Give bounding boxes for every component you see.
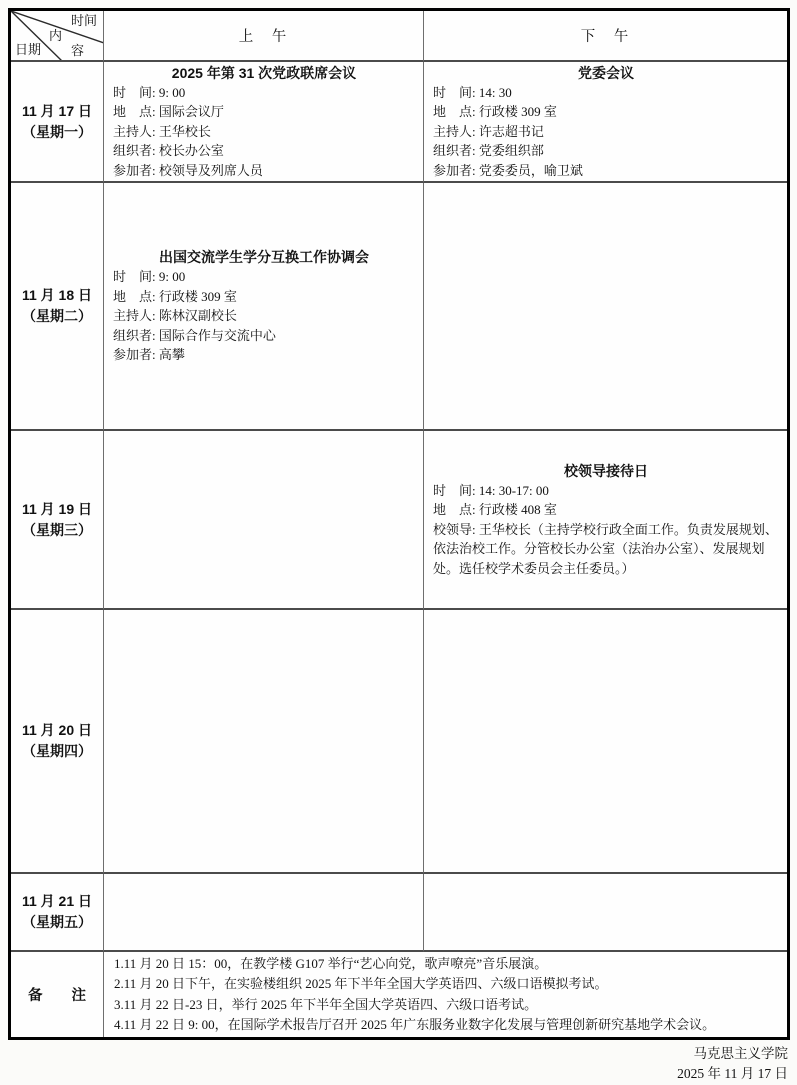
event-cell-fri-afternoon	[424, 874, 787, 952]
detail-line: 地 点: 行政楼 408 室	[433, 500, 779, 520]
date-cell-fri: 11 月 21 日 （星期五）	[11, 874, 104, 952]
corner-label-content-bottom: 容	[71, 44, 84, 58]
weekday-text: （星期一）	[22, 122, 92, 143]
date-text: 11 月 17 日	[22, 101, 92, 122]
detail-line: 时 间: 9: 00	[113, 267, 415, 287]
event-cell-tue-afternoon	[424, 183, 787, 431]
weekday-text: （星期二）	[22, 306, 92, 327]
corner-label-date: 日期	[15, 43, 41, 57]
detail-line: 组织者: 国际合作与交流中心	[113, 326, 415, 346]
corner-label-time: 时间	[71, 14, 97, 28]
detail-line: 主持人: 许志超书记	[433, 122, 779, 142]
column-header-afternoon: 下 午	[424, 11, 787, 62]
footer-date: 2025 年 11 月 17 日	[677, 1064, 788, 1084]
event-cell-wed-morning	[104, 431, 424, 610]
detail-line: 组织者: 党委组织部	[433, 141, 779, 161]
corner-label-content-top: 内	[49, 29, 62, 43]
detail-line: 主持人: 陈林汉副校长	[113, 306, 415, 326]
event-title: 党委会议	[433, 63, 779, 83]
date-text: 11 月 18 日	[22, 285, 92, 306]
date-cell-wed: 11 月 19 日 （星期三）	[11, 431, 104, 610]
detail-line: 主持人: 王华校长	[113, 122, 415, 142]
weekday-text: （星期四）	[22, 741, 92, 762]
corner-header-cell: 时间 内 容 日期	[11, 11, 104, 62]
detail-line: 参加者: 党委委员，喻卫斌	[433, 161, 779, 181]
footer-organization: 马克思主义学院	[677, 1044, 788, 1064]
detail-line: 地 点: 行政楼 309 室	[113, 287, 415, 307]
event-details: 时 间: 9: 00地 点: 行政楼 309 室主持人: 陈林汉副校长组织者: …	[113, 267, 415, 365]
page-footer: 马克思主义学院 2025 年 11 月 17 日	[677, 1044, 788, 1084]
date-text: 11 月 19 日	[22, 499, 92, 520]
event-details: 时 间: 9: 00地 点: 国际会议厅主持人: 王华校长组织者: 校长办公室参…	[113, 83, 415, 181]
date-cell-thu: 11 月 20 日 （星期四）	[11, 610, 104, 874]
weekday-text: （星期五）	[22, 912, 92, 933]
event-details: 时 间: 14: 30-17: 00地 点: 行政楼 408 室校领导: 王华校…	[433, 481, 779, 579]
remarks-list: 1.11 月 20 日 15：00，在教学楼 G107 举行“艺心向党，歌声嘹亮…	[104, 952, 787, 1037]
remark-item: 4.11 月 22 日 9: 00，在国际学术报告厅召开 2025 年广东服务业…	[114, 1015, 781, 1036]
event-cell-tue-morning: 出国交流学生学分互换工作协调会 时 间: 9: 00地 点: 行政楼 309 室…	[104, 183, 424, 431]
event-title: 2025 年第 31 次党政联席会议	[113, 63, 415, 83]
event-title: 校领导接待日	[433, 461, 779, 481]
detail-line: 时 间: 14: 30-17: 00	[433, 481, 779, 501]
remarks-label: 备 注	[11, 952, 104, 1037]
detail-line: 组织者: 校长办公室	[113, 141, 415, 161]
detail-line: 时 间: 9: 00	[113, 83, 415, 103]
date-cell-tue: 11 月 18 日 （星期二）	[11, 183, 104, 431]
remark-item: 1.11 月 20 日 15：00，在教学楼 G107 举行“艺心向党，歌声嘹亮…	[114, 954, 781, 975]
detail-line: 地 点: 行政楼 309 室	[433, 102, 779, 122]
event-title: 出国交流学生学分互换工作协调会	[113, 247, 415, 267]
detail-line: 参加者: 高攀	[113, 345, 415, 365]
event-cell-mon-afternoon: 党委会议 时 间: 14: 30地 点: 行政楼 309 室主持人: 许志超书记…	[424, 62, 787, 183]
detail-line: 校领导: 王华校长（主持学校行政全面工作。负责发展规划、依法治校工作。分管校长办…	[433, 520, 779, 579]
weekly-schedule-table: 时间 内 容 日期 上 午 下 午 11 月 17 日 （星期一） 2025 年…	[8, 8, 790, 1040]
event-details: 时 间: 14: 30地 点: 行政楼 309 室主持人: 许志超书记组织者: …	[433, 83, 779, 181]
detail-line: 时 间: 14: 30	[433, 83, 779, 103]
date-cell-mon: 11 月 17 日 （星期一）	[11, 62, 104, 183]
detail-line: 参加者: 校领导及列席人员	[113, 161, 415, 181]
event-cell-mon-morning: 2025 年第 31 次党政联席会议 时 间: 9: 00地 点: 国际会议厅主…	[104, 62, 424, 183]
event-cell-thu-morning	[104, 610, 424, 874]
remark-item: 3.11 月 22 日-23 日，举行 2025 年下半年全国大学英语四、六级口…	[114, 995, 781, 1016]
column-header-morning: 上 午	[104, 11, 424, 62]
detail-line: 地 点: 国际会议厅	[113, 102, 415, 122]
date-text: 11 月 20 日	[22, 720, 92, 741]
event-cell-wed-afternoon: 校领导接待日 时 间: 14: 30-17: 00地 点: 行政楼 408 室校…	[424, 431, 787, 610]
weekday-text: （星期三）	[22, 520, 92, 541]
remark-item: 2.11 月 20 日下午，在实验楼组织 2025 年下半年全国大学英语四、六级…	[114, 974, 781, 995]
event-cell-thu-afternoon	[424, 610, 787, 874]
event-cell-fri-morning	[104, 874, 424, 952]
date-text: 11 月 21 日	[22, 891, 92, 912]
